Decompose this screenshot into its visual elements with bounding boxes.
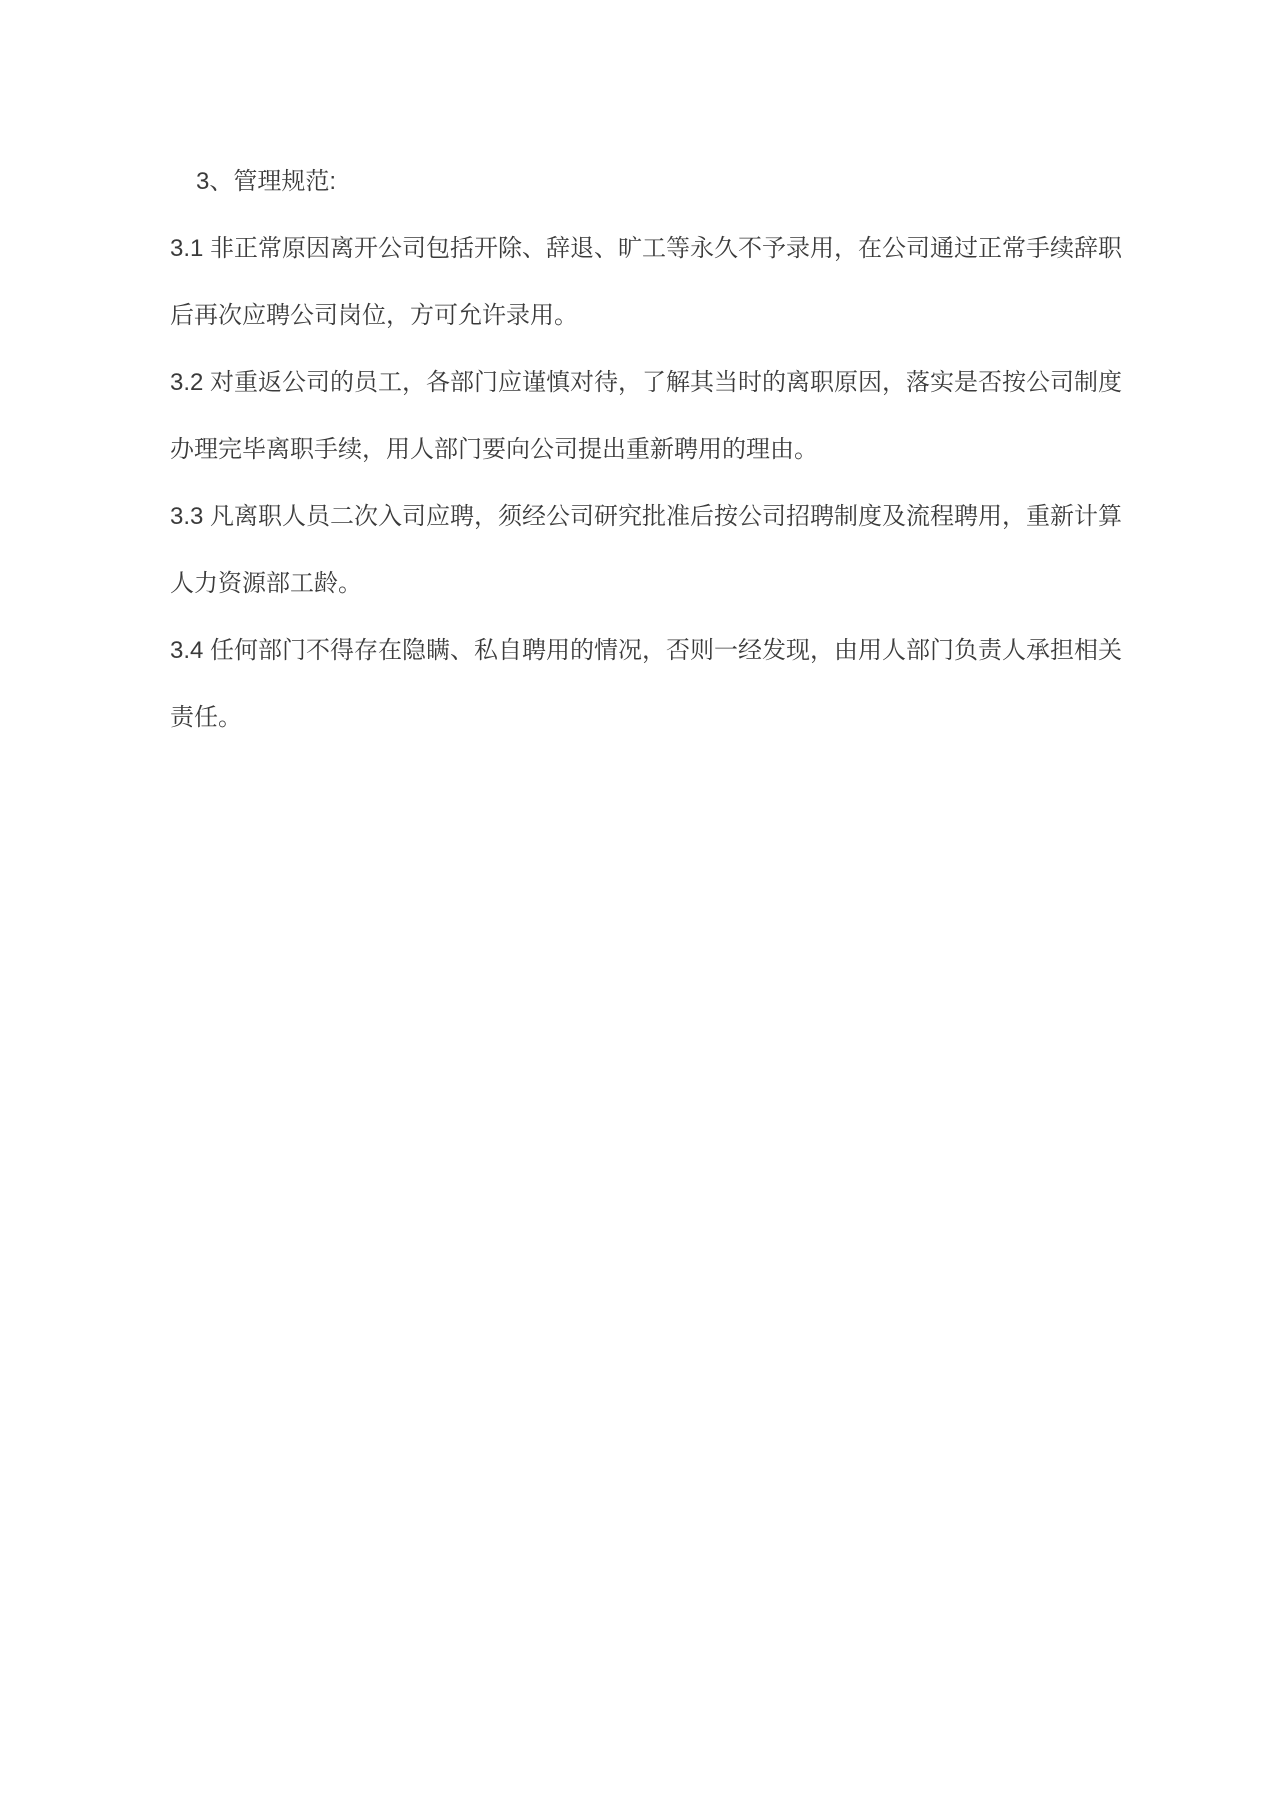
clause-3-2-line-1: 3.2 对重返公司的员工，各部门应谨慎对待，了解其当时的离职原因，落实是否按公司…: [170, 349, 1130, 416]
document-body: 3、管理规范: 3.1 非正常原因离开公司包括开除、辞退、旷工等永久不予录用，在…: [170, 148, 1130, 751]
clause-3-2-line-2: 办理完毕离职手续，用人部门要向公司提出重新聘用的理由。: [170, 416, 1130, 483]
clause-3-4-line-1: 3.4 任何部门不得存在隐瞒、私自聘用的情况，否则一经发现，由用人部门负责人承担…: [170, 617, 1130, 684]
clause-3-1-line-1: 3.1 非正常原因离开公司包括开除、辞退、旷工等永久不予录用，在公司通过正常手续…: [170, 215, 1130, 282]
clause-3-1-line-2: 后再次应聘公司岗位，方可允许录用。: [170, 282, 1130, 349]
clause-3-3-line-2: 人力资源部工龄。: [170, 550, 1130, 617]
section-heading: 3、管理规范:: [170, 148, 1130, 215]
document-page: 3、管理规范: 3.1 非正常原因离开公司包括开除、辞退、旷工等永久不予录用，在…: [0, 0, 1280, 1810]
clause-3-3-line-1: 3.3 凡离职人员二次入司应聘，须经公司研究批准后按公司招聘制度及流程聘用，重新…: [170, 483, 1130, 550]
clause-3-4-line-2: 责任。: [170, 684, 1130, 751]
